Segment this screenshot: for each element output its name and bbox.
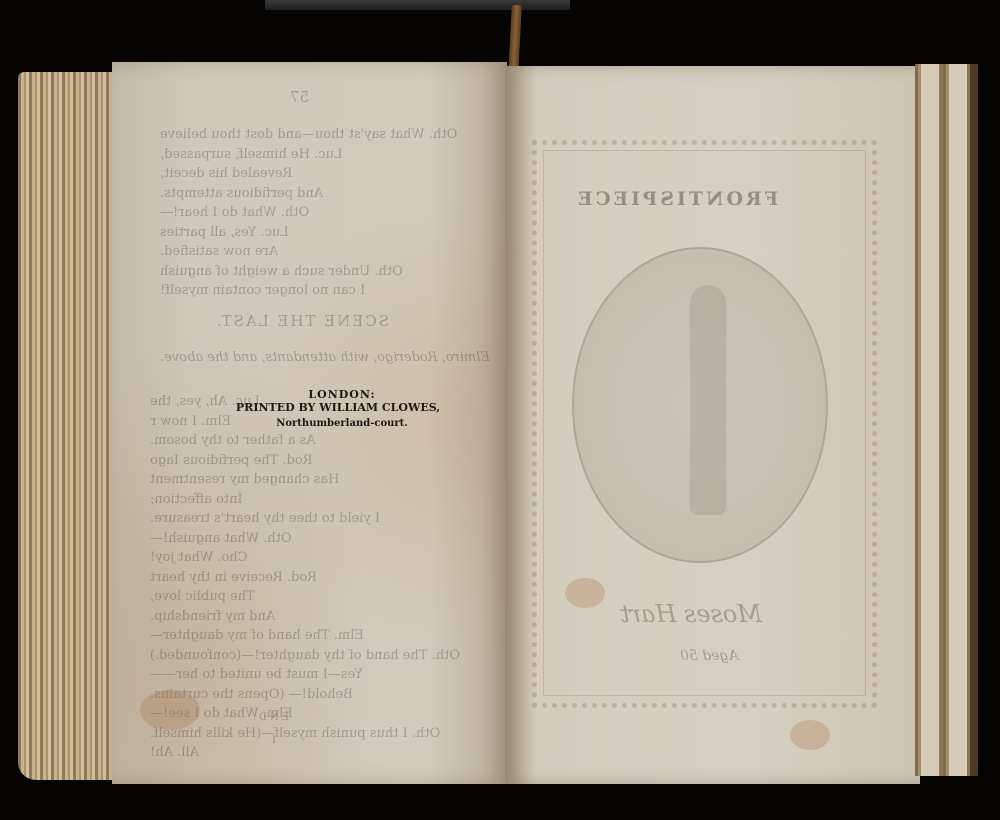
left-page-edges	[18, 72, 118, 780]
book-strap	[265, 0, 570, 10]
right-page-edges	[915, 64, 978, 776]
scene-heading: SCENE THE LAST.	[215, 312, 389, 330]
stage-direction: Elmiro, Roderigo, with attendants, and t…	[160, 350, 490, 365]
verse-block-top: Oth. What say'st thou—and dost thou beli…	[160, 125, 460, 301]
page-number: 57	[290, 88, 309, 106]
signature-mark: I	[272, 735, 276, 746]
frontispiece-heading: FRONTISPIECE	[575, 188, 778, 210]
printer-imprint: LONDON: PRINTED BY WILLIAM CLOWES, North…	[232, 388, 452, 429]
portrait-figure	[690, 285, 726, 515]
age-note: Aged 50	[680, 648, 739, 664]
foxing-stain	[790, 720, 830, 750]
end-mark: END.	[250, 712, 289, 723]
portrait-caption: Moses Hart	[620, 600, 762, 628]
bookmark-ribbon	[508, 5, 522, 75]
foxing-stain	[565, 578, 605, 608]
imprint-printer: PRINTED BY WILLIAM CLOWES,	[224, 401, 452, 414]
imprint-city: LONDON:	[232, 388, 452, 401]
imprint-address: Northumberland-court.	[232, 418, 452, 429]
foxing-stain	[140, 690, 200, 730]
